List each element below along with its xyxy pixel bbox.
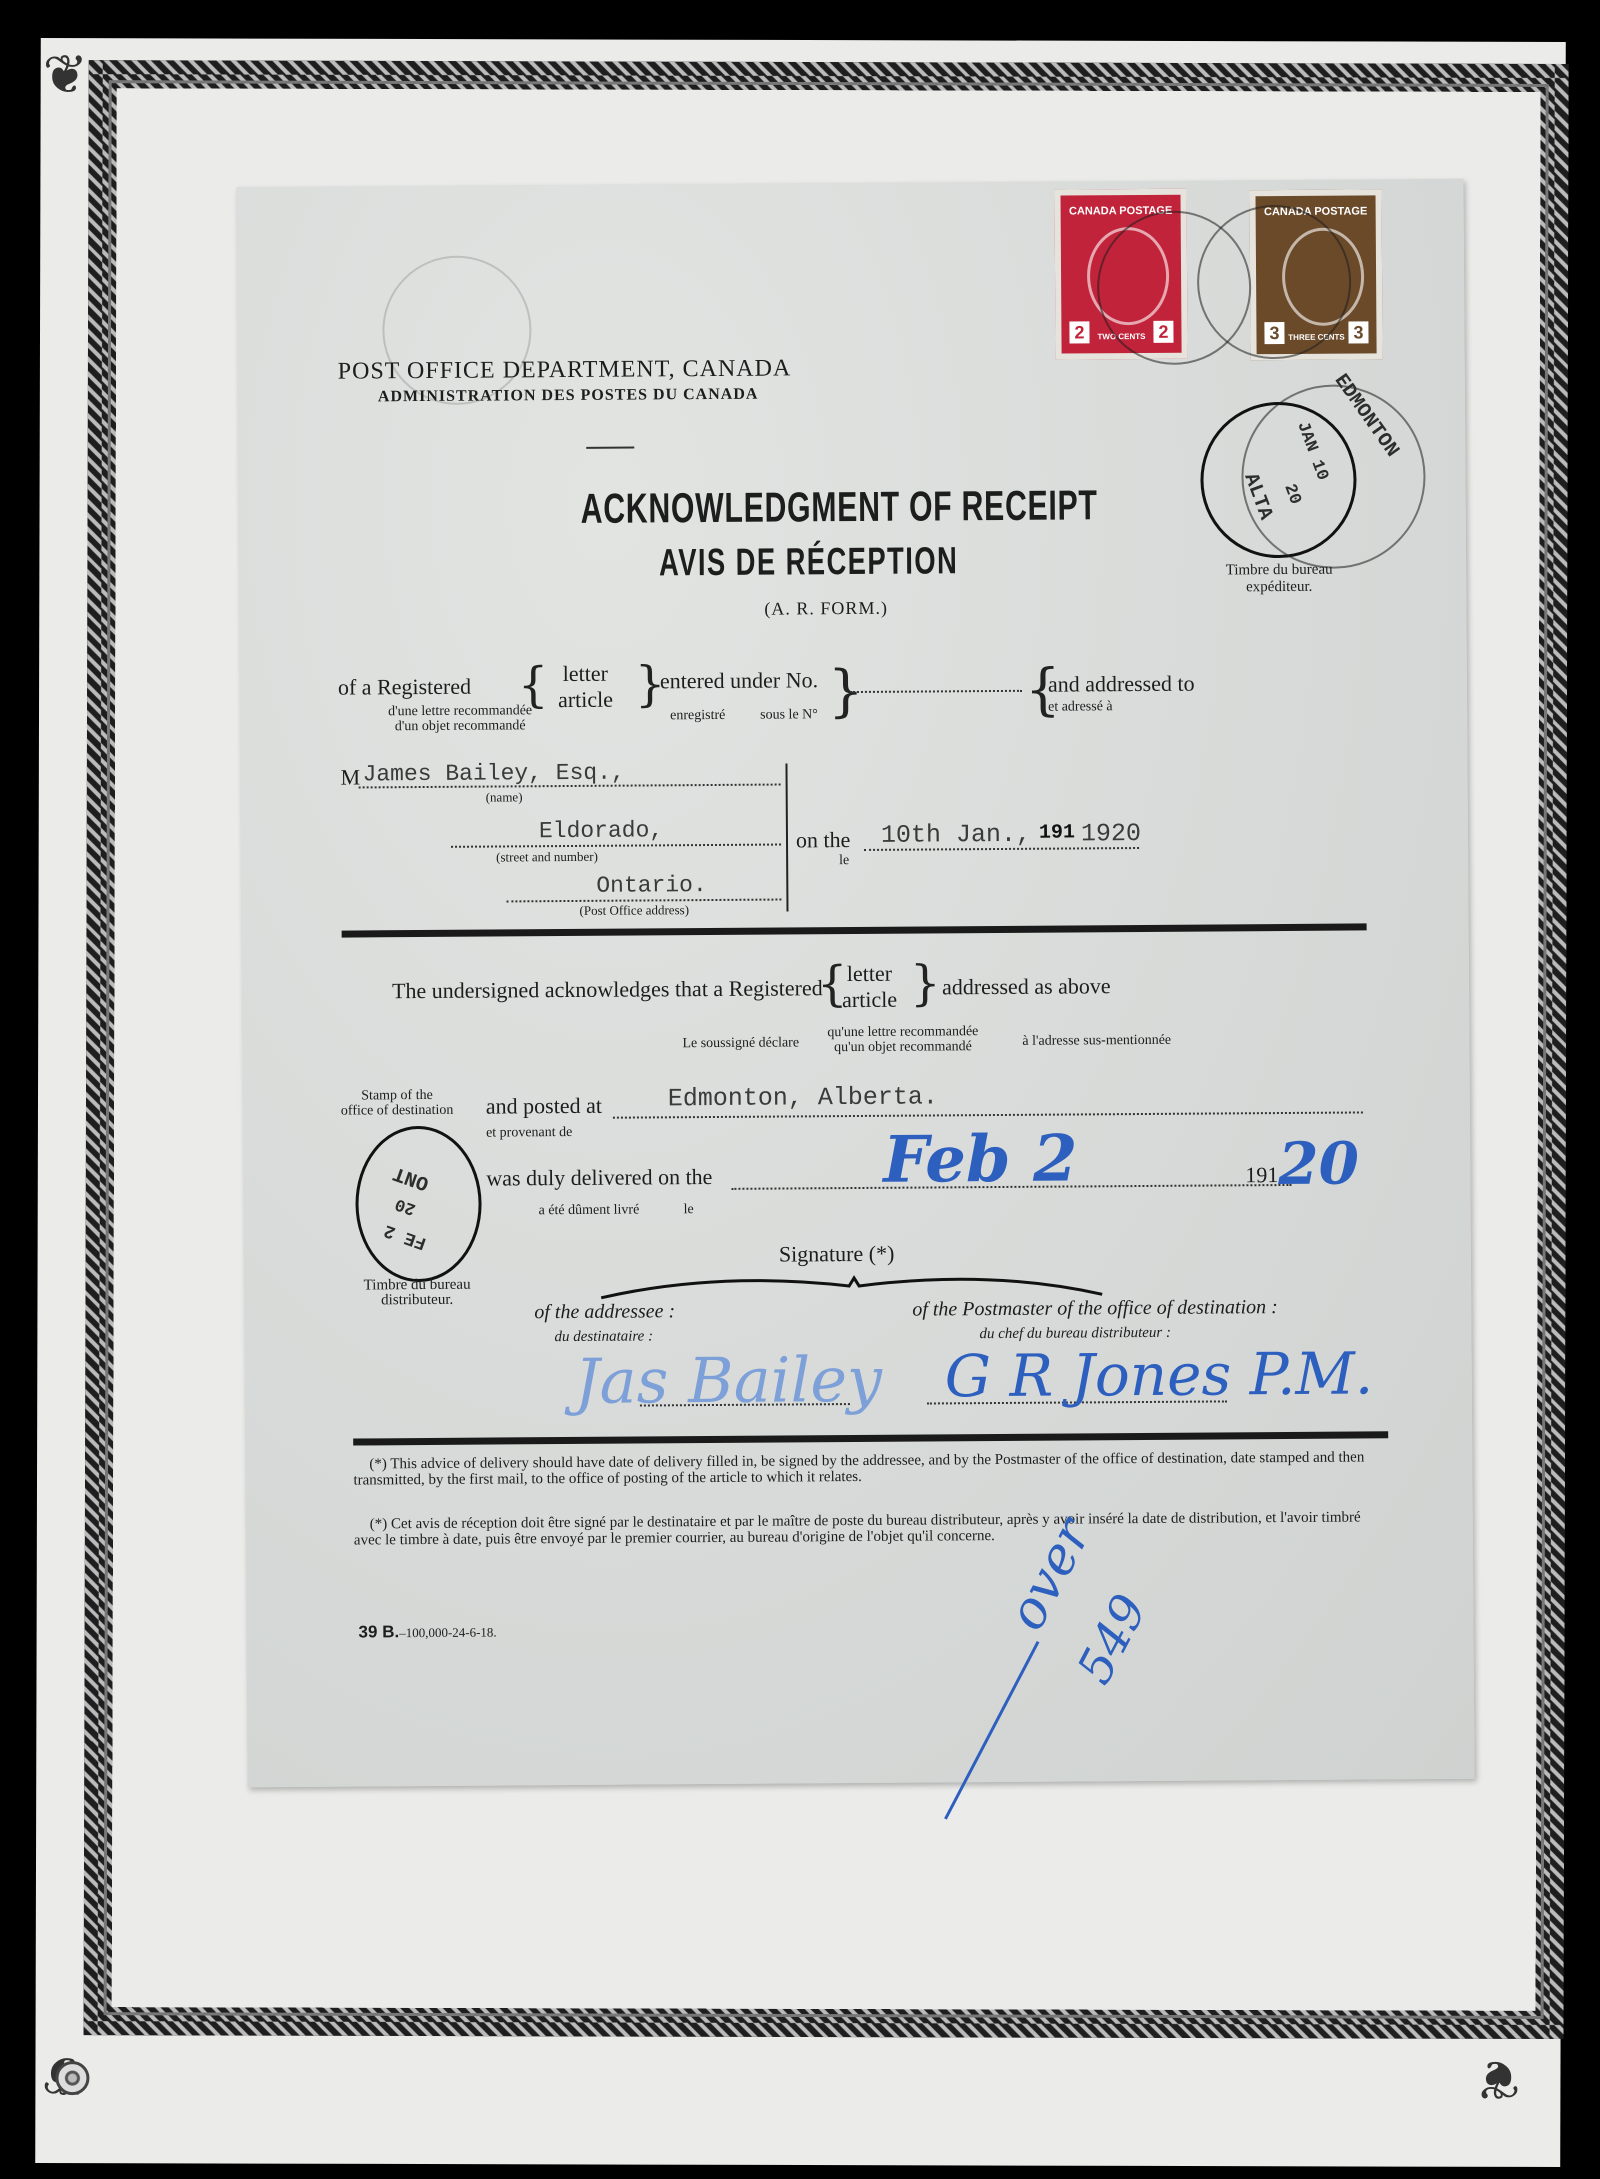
label-le-soussigne: Le soussigné déclare [682, 1035, 799, 1052]
annotation-number: 549 [1066, 1586, 1158, 1693]
label-et-adresse: et adressé à [1048, 699, 1113, 715]
french-lettre-objet: qu'une lettre recommandée qu'un objet re… [827, 1024, 978, 1055]
addressee-signature: Jas Bailey [575, 1343, 883, 1418]
footnote-french: (*) Cet avis de réception doit être sign… [354, 1509, 1384, 1548]
label-le: le [839, 853, 849, 869]
label-street-and-number: (street and number) [496, 849, 598, 866]
label-entered-under: entered under No. [660, 667, 818, 694]
destination-stamp-label: Stamp of the office of destination [341, 1088, 454, 1119]
ar-form-document: POST OFFICE DEPARTMENT, CANADA ADMINISTR… [236, 179, 1474, 1788]
postmaster-signature: G R Jones P.M. [945, 1339, 1374, 1410]
stamp-value-left: 2 [1069, 321, 1089, 343]
street-line [451, 844, 781, 848]
footnote-english: (*) This advice of delivery should have … [353, 1449, 1383, 1488]
label-delivered-on: was duly delivered on the [486, 1164, 712, 1192]
flourish-top-left-icon: ❦ [43, 48, 88, 102]
destination-stamp-caption: Timbre du bureau distributeur. [342, 1278, 492, 1309]
label-le: le [684, 1202, 694, 1218]
origin-postmark-icon [1241, 384, 1426, 569]
signature-heading: Signature (*) [779, 1241, 895, 1268]
rosette-icon [55, 2061, 89, 2095]
label-enregistre: enregistré [670, 708, 725, 724]
label-provenant-de: et provenant de [486, 1125, 572, 1142]
destination-stamp-circle [355, 1126, 482, 1283]
posted-at-value: Edmonton, Alberta. [668, 1082, 938, 1113]
label-posted-at: and posted at [486, 1093, 602, 1120]
french-letter-object: d'une lettre recommandée d'un objet reco… [388, 703, 532, 734]
form-title-fr: AVIS DE RÉCEPTION [659, 540, 958, 585]
delivery-year-handwritten: 20 [1278, 1129, 1359, 1198]
label-post-office-address: (Post Office address) [579, 902, 689, 919]
addressee-name-value: James Bailey, Esq., [362, 760, 624, 788]
label-sous-le-no: sous le N° [760, 707, 818, 723]
label-adresse-sus-mentionnee: à l'adresse sus-mentionnée [1022, 1033, 1171, 1050]
stamp-cancel-postmark-icon [1197, 205, 1352, 360]
label-on-the: on the [796, 827, 851, 853]
label-du-destinataire: du destinataire : [554, 1328, 653, 1346]
origin-stamp-caption: Timbre du bureau expéditeur. [1199, 561, 1359, 596]
delivery-date-handwritten: Feb 2 [883, 1121, 1078, 1197]
label-addressed-as-above: addressed as above [942, 973, 1111, 1000]
form-subtitle: (A. R. FORM.) [764, 598, 888, 620]
form-number: 39 B.–100,000-24-6-18. [358, 1622, 496, 1643]
department-title-fr: ADMINISTRATION DES POSTES DU CANADA [378, 386, 759, 407]
label-of-the-addressee: of the addressee : [534, 1300, 675, 1324]
label-of-the-postmaster: of the Postmaster of the office of desti… [912, 1296, 1278, 1322]
delivery-year-prefix: 191 [1245, 1162, 1278, 1188]
label-m: M [340, 764, 360, 790]
form-code: 39 B. [358, 1622, 399, 1641]
address-bracket [785, 763, 788, 911]
department-title-en: POST OFFICE DEPARTMENT, CANADA [338, 355, 792, 385]
dispatch-date-value: 10th Jan., [881, 820, 1031, 850]
letter-article-choice: letter article [558, 661, 613, 713]
dispatch-year-value: 1920 [1081, 819, 1141, 848]
street-value: Eldorado, [539, 817, 663, 844]
footer-divider [353, 1431, 1388, 1445]
form-print-info: –100,000-24-6-18. [399, 1625, 497, 1641]
form-title-en: ACKNOWLEDGMENT OF RECEIPT [581, 481, 1098, 533]
ack-letter-article-choice: letter article [842, 961, 897, 1013]
registration-number-field[interactable] [850, 690, 1022, 693]
section-divider [342, 923, 1367, 937]
struck-year-prefix: 191 [1039, 821, 1075, 844]
label-dument-livre: a été dûment livré [539, 1203, 640, 1220]
acknowledgment-sentence: The undersigned acknowledges that a Regi… [392, 975, 823, 1004]
label-and-addressed-to: and addressed to [1048, 671, 1195, 698]
stamp-value-right: 3 [1348, 321, 1368, 343]
label-of-a-registered: of a Registered [338, 674, 471, 701]
post-office-value: Ontario. [596, 872, 707, 899]
signature-brace-icon [599, 1266, 1104, 1300]
header-divider [586, 447, 634, 449]
brace-close: } [910, 955, 941, 1011]
flourish-bottom-right-icon: ❦ [1475, 2052, 1520, 2106]
label-name: (name) [486, 789, 523, 805]
